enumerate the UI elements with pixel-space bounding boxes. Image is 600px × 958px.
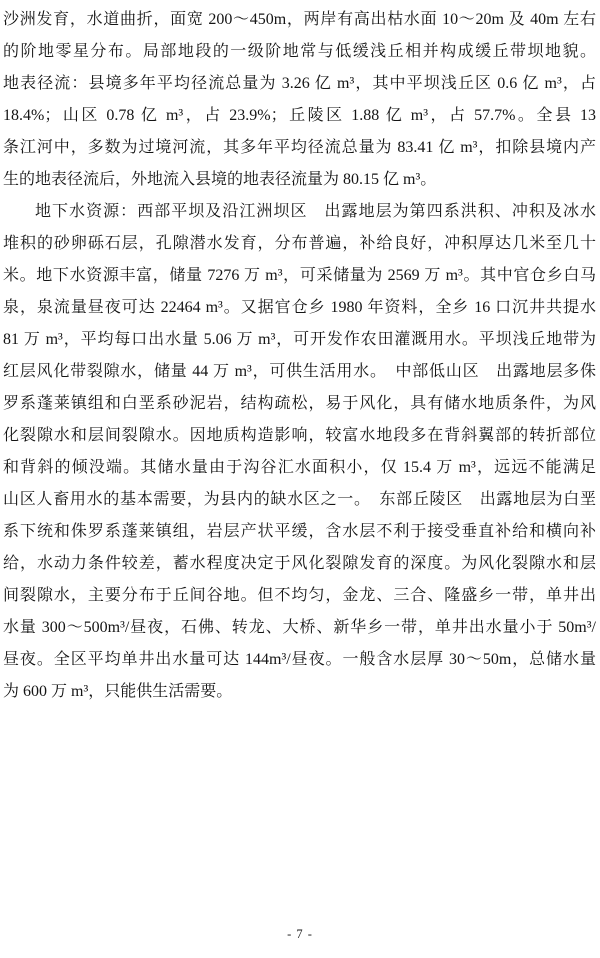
text-line: 地表径流：县境多年平均径流总量为 3.26 亿 m³，其中平坝浅丘区 0.6 亿… xyxy=(3,68,596,100)
text-line: 昼夜。全区平均单井出水量可达 144m³/昼夜。一般含水层厚 30～50m，总储… xyxy=(3,644,596,676)
paragraph-terrain: 沙洲发育，水道曲折，面宽 200～450m，两岸有高出枯水面 10～20m 及 … xyxy=(3,4,596,68)
text-line: 堆积的砂卵砾石层，孔隙潜水发育，分布普遍，补给良好，冲积厚达几米至几十 xyxy=(3,228,596,260)
text-line: 地下水资源：西部平坝及沿江洲坝区 出露地层为第四系洪积、冲积及冰水 xyxy=(3,196,596,228)
text-line: 的阶地零星分布。局部地段的一级阶地常与低缓浅丘相并构成缓丘带坝地貌。 xyxy=(3,36,596,68)
paragraph-groundwater: 地下水资源：西部平坝及沿江洲坝区 出露地层为第四系洪积、冲积及冰水 堆积的砂卵砾… xyxy=(3,196,596,708)
text-line: 红层风化带裂隙水，储量 44 万 m³，可供生活用水。 中部低山区 出露地层多侏 xyxy=(3,356,596,388)
text-line: 米。地下水资源丰富，储量 7276 万 m³，可采储量为 2569 万 m³。其… xyxy=(3,260,596,292)
text-line: 间裂隙水，主要分布于丘间谷地。但不均匀，金龙、三合、隆盛乡一带，单井出 xyxy=(3,580,596,612)
text-line: 条江河中，多数为过境河流，其多年平均径流总量为 83.41 亿 m³，扣除县境内… xyxy=(3,132,596,164)
document-page: 沙洲发育，水道曲折，面宽 200～450m，两岸有高出枯水面 10～20m 及 … xyxy=(0,0,600,958)
text-line: 沙洲发育，水道曲折，面宽 200～450m，两岸有高出枯水面 10～20m 及 … xyxy=(3,4,596,36)
text-line: 化裂隙水和层间裂隙水。因地质构造影响，较富水地段多在背斜翼部的转折部位 xyxy=(3,420,596,452)
text-line: 水量 300～500m³/昼夜，石佛、转龙、大桥、新华乡一带，单井出水量小于 5… xyxy=(3,612,596,644)
page-number: - 7 - xyxy=(287,927,313,941)
text-line: 为 600 万 m³，只能供生活需要。 xyxy=(3,676,596,708)
text-line: 泉，泉流量昼夜可达 22464 m³。又据官仓乡 1980 年资料，全乡 16 … xyxy=(3,292,596,324)
text-line: 系下统和侏罗系蓬莱镇组，岩层产状平缓，含水层不利于接受垂直补给和横向补 xyxy=(3,516,596,548)
text-line: 罗系蓬莱镇组和白垩系砂泥岩，结构疏松，易于风化，具有储水地质条件，为风 xyxy=(3,388,596,420)
text-line: 生的地表径流后，外地流入县境的地表径流量为 80.15 亿 m³。 xyxy=(3,164,596,196)
page-footer: - 7 - xyxy=(0,925,600,943)
paragraph-surface-runoff: 地表径流：县境多年平均径流总量为 3.26 亿 m³，其中平坝浅丘区 0.6 亿… xyxy=(3,68,596,196)
text-line: 给，水动力条件较差，蓄水程度决定于风化裂隙发育的深度。为风化裂隙水和层 xyxy=(3,548,596,580)
document-body: 沙洲发育，水道曲折，面宽 200～450m，两岸有高出枯水面 10～20m 及 … xyxy=(0,0,600,708)
text-line: 18.4%；山区 0.78 亿 m³，占 23.9%；丘陵区 1.88 亿 m³… xyxy=(3,100,596,132)
text-line: 和背斜的倾没端。其储水量由于沟谷汇水面积小，仅 15.4 万 m³，远远不能满足 xyxy=(3,452,596,484)
text-line: 81 万 m³，平均每口出水量 5.06 万 m³，可开发作农田灌溉用水。平坝浅… xyxy=(3,324,596,356)
text-line: 山区人畜用水的基本需要，为县内的缺水区之一。 东部丘陵区 出露地层为白垩 xyxy=(3,484,596,516)
